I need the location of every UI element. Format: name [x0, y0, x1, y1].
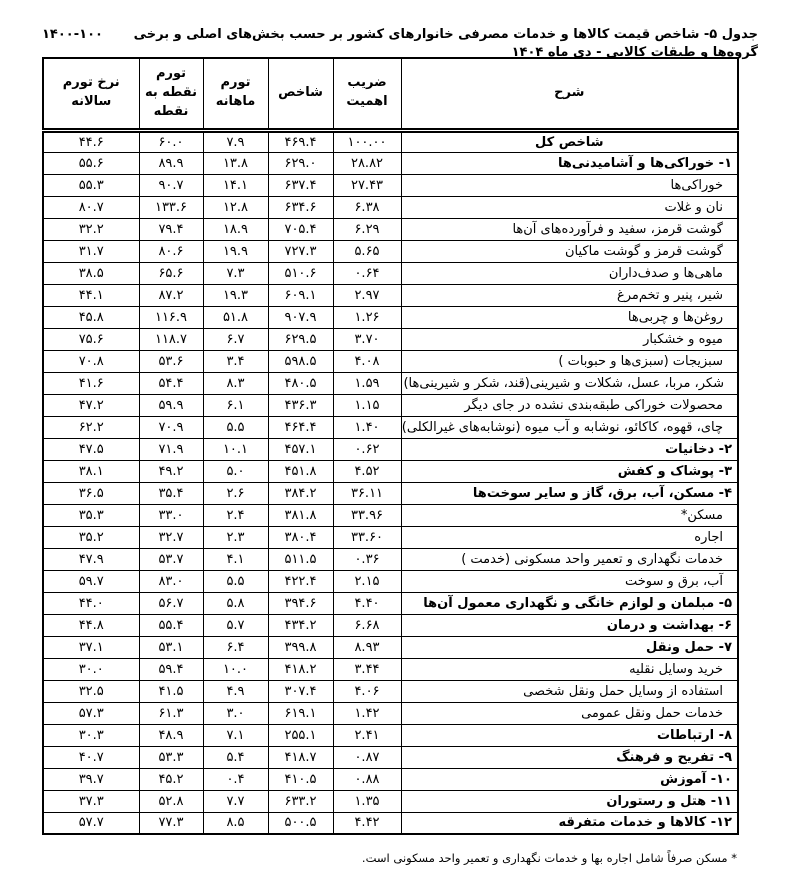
row-index-value: ۶۲۹.۰ — [268, 152, 333, 174]
table-row: سبزیجات (سبزی‌ها و حبوبات )۴.۰۸۵۹۸.۵۳.۴۵… — [43, 350, 738, 372]
row-label: محصولات خوراکی طبقه‌بندی نشده در جای دیگ… — [401, 394, 738, 416]
row-monthly-inflation-value: ۳.۴ — [203, 350, 268, 372]
row-label: خوراکی‌ها — [401, 174, 738, 196]
row-point-to-point-value: ۱۱۶.۹ — [139, 306, 203, 328]
row-index-value: ۴۱۰.۵ — [268, 768, 333, 790]
row-annual-inflation-value: ۳۵.۳ — [43, 504, 139, 526]
row-monthly-inflation-value: ۷.۱ — [203, 724, 268, 746]
row-annual-inflation-value: ۳۶.۵ — [43, 482, 139, 504]
table-row: خوراکی‌ها۲۷.۴۳۶۳۷.۴۱۴.۱۹۰.۷۵۵.۳ — [43, 174, 738, 196]
row-point-to-point-value: ۵۹.۴ — [139, 658, 203, 680]
row-point-to-point-value: ۵۴.۴ — [139, 372, 203, 394]
row-point-to-point-value: ۳۲.۷ — [139, 526, 203, 548]
table-row: ۴- مسکن، آب، برق، گاز و سایر سوخت‌ها۳۶.۱… — [43, 482, 738, 504]
row-weight-value: ۳۳.۶۰ — [333, 526, 401, 548]
table-row: استفاده از وسایل حمل ونقل شخصی۴.۰۶۳۰۷.۴۴… — [43, 680, 738, 702]
row-index-value: ۷۲۷.۳ — [268, 240, 333, 262]
row-index-value: ۳۹۴.۶ — [268, 592, 333, 614]
row-label: ۸- ارتباطات — [401, 724, 738, 746]
row-index-value: ۳۸۱.۸ — [268, 504, 333, 526]
row-weight-value: ۰.۳۶ — [333, 548, 401, 570]
row-point-to-point-value: ۵۶.۷ — [139, 592, 203, 614]
row-label: ۹- تفریح و فرهنگ — [401, 746, 738, 768]
table-row: روغن‌ها و چربی‌ها۱.۲۶۹۰۷.۹۵۱.۸۱۱۶.۹۴۵.۸ — [43, 306, 738, 328]
row-weight-value: ۴.۴۲ — [333, 812, 401, 834]
row-annual-inflation-value: ۳۲.۲ — [43, 218, 139, 240]
row-weight-value: ۳۳.۹۶ — [333, 504, 401, 526]
row-weight-value: ۱.۱۵ — [333, 394, 401, 416]
table-title: جدول ۵- شاخص قیمت کالاها و خدمات مصرفی خ… — [118, 26, 758, 61]
row-label: ۷- حمل ونقل — [401, 636, 738, 658]
row-label: ۱۲- کالاها و خدمات متفرقه — [401, 812, 738, 834]
row-weight-value: ۴.۰۶ — [333, 680, 401, 702]
row-annual-inflation-value: ۵۵.۳ — [43, 174, 139, 196]
row-annual-inflation-value: ۴۴.۸ — [43, 614, 139, 636]
row-label: استفاده از وسایل حمل ونقل شخصی — [401, 680, 738, 702]
row-annual-inflation-value: ۵۹.۷ — [43, 570, 139, 592]
row-point-to-point-value: ۷۷.۳ — [139, 812, 203, 834]
row-point-to-point-value: ۴۱.۵ — [139, 680, 203, 702]
row-monthly-inflation-value: ۵.۵ — [203, 570, 268, 592]
row-point-to-point-value: ۵۳.۷ — [139, 548, 203, 570]
title-bar: جدول ۵- شاخص قیمت کالاها و خدمات مصرفی خ… — [42, 26, 758, 61]
row-monthly-inflation-value: ۲.۶ — [203, 482, 268, 504]
row-label: ۵- مبلمان و لوازم خانگی و نگهداری معمول … — [401, 592, 738, 614]
row-label: سبزیجات (سبزی‌ها و حبوبات ) — [401, 350, 738, 372]
row-point-to-point-value: ۳۵.۴ — [139, 482, 203, 504]
row-monthly-inflation-value: ۱۹.۳ — [203, 284, 268, 306]
row-weight-value: ۱.۲۶ — [333, 306, 401, 328]
row-point-to-point-value: ۱۱۸.۷ — [139, 328, 203, 350]
row-point-to-point-value: ۸۰.۶ — [139, 240, 203, 262]
row-monthly-inflation-value: ۱۳.۸ — [203, 152, 268, 174]
row-label: خدمات نگهداری و تعمیر واحد مسکونی (خدمت … — [401, 548, 738, 570]
row-label: شاخص کل — [401, 130, 738, 152]
row-monthly-inflation-value: ۵.۸ — [203, 592, 268, 614]
row-point-to-point-value: ۵۳.۳ — [139, 746, 203, 768]
table-row: نان و غلات۶.۳۸۶۳۴.۶۱۲.۸۱۳۳.۶۸۰.۷ — [43, 196, 738, 218]
row-label: ۶- بهداشت و درمان — [401, 614, 738, 636]
table-row: شیر، پنیر و تخم‌مرغ۲.۹۷۶۰۹.۱۱۹.۳۸۷.۲۴۴.۱ — [43, 284, 738, 306]
row-index-value: ۶۳۳.۲ — [268, 790, 333, 812]
row-point-to-point-value: ۵۳.۱ — [139, 636, 203, 658]
table-row: ۶- بهداشت و درمان۶.۶۸۴۳۴.۲۵.۷۵۵.۴۴۴.۸ — [43, 614, 738, 636]
row-weight-value: ۲.۹۷ — [333, 284, 401, 306]
row-point-to-point-value: ۷۹.۴ — [139, 218, 203, 240]
row-label: شیر، پنیر و تخم‌مرغ — [401, 284, 738, 306]
row-annual-inflation-value: ۴۴.۶ — [43, 130, 139, 152]
table-row: خرید وسایل نقلیه۳.۴۴۴۱۸.۲۱۰.۰۵۹.۴۳۰.۰ — [43, 658, 738, 680]
table-row: ۷- حمل ونقل۸.۹۳۳۹۹.۸۶.۴۵۳.۱۳۷.۱ — [43, 636, 738, 658]
row-index-value: ۴۸۰.۵ — [268, 372, 333, 394]
table-row: ۹- تفریح و فرهنگ۰.۸۷۴۱۸.۷۵.۴۵۳.۳۴۰.۷ — [43, 746, 738, 768]
table-row: ماهی‌ها و صدف‌داران۰.۶۴۵۱۰.۶۷.۳۶۵.۶۳۸.۵ — [43, 262, 738, 284]
report-page: جدول ۵- شاخص قیمت کالاها و خدمات مصرفی خ… — [0, 0, 800, 889]
row-index-value: ۶۳۷.۴ — [268, 174, 333, 196]
row-annual-inflation-value: ۳۲.۵ — [43, 680, 139, 702]
row-monthly-inflation-value: ۵.۴ — [203, 746, 268, 768]
row-weight-value: ۰.۶۲ — [333, 438, 401, 460]
row-point-to-point-value: ۶۵.۶ — [139, 262, 203, 284]
row-monthly-inflation-value: ۶.۱ — [203, 394, 268, 416]
column-header-annual-inflation: نرخ تورم سالانه — [43, 58, 139, 130]
row-weight-value: ۴.۴۰ — [333, 592, 401, 614]
row-index-value: ۴۶۹.۴ — [268, 130, 333, 152]
row-point-to-point-value: ۸۷.۲ — [139, 284, 203, 306]
row-index-value: ۵۹۸.۵ — [268, 350, 333, 372]
row-annual-inflation-value: ۳۱.۷ — [43, 240, 139, 262]
table-row: ۱۲- کالاها و خدمات متفرقه۴.۴۲۵۰۰.۵۸.۵۷۷.… — [43, 812, 738, 834]
column-header-point-to-point-inflation: تورم نقطه به نقطه — [139, 58, 203, 130]
row-weight-value: ۱.۴۰ — [333, 416, 401, 438]
row-index-value: ۳۸۰.۴ — [268, 526, 333, 548]
row-monthly-inflation-value: ۸.۳ — [203, 372, 268, 394]
table-body: شاخص کل۱۰۰.۰۰۴۶۹.۴۷.۹۶۰.۰۴۴.۶۱- خوراکی‌ه… — [43, 130, 738, 834]
row-annual-inflation-value: ۵۷.۳ — [43, 702, 139, 724]
row-label: ۱۰- آموزش — [401, 768, 738, 790]
row-annual-inflation-value: ۴۷.۲ — [43, 394, 139, 416]
row-annual-inflation-value: ۳۸.۵ — [43, 262, 139, 284]
row-label: اجاره — [401, 526, 738, 548]
row-index-value: ۵۱۱.۵ — [268, 548, 333, 570]
table-row: ۱۱- هتل و رستوران۱.۳۵۶۳۳.۲۷.۷۵۲.۸۳۷.۳ — [43, 790, 738, 812]
row-point-to-point-value: ۷۰.۹ — [139, 416, 203, 438]
row-index-value: ۳۰۷.۴ — [268, 680, 333, 702]
row-index-value: ۴۳۴.۲ — [268, 614, 333, 636]
row-label: آب، برق و سوخت — [401, 570, 738, 592]
base-year-note: ۱۴۰۰-۱۰۰ — [42, 26, 103, 42]
row-annual-inflation-value: ۳۹.۷ — [43, 768, 139, 790]
row-weight-value: ۱.۵۹ — [333, 372, 401, 394]
table-row: ۵- مبلمان و لوازم خانگی و نگهداری معمول … — [43, 592, 738, 614]
table-header: شرح ضریب اهمیت شاخص تورم ماهانه تورم نقط… — [43, 58, 738, 130]
row-annual-inflation-value: ۸۰.۷ — [43, 196, 139, 218]
table-row: ۲- دخانیات۰.۶۲۴۵۷.۱۱۰.۱۷۱.۹۴۷.۵ — [43, 438, 738, 460]
row-weight-value: ۰.۶۴ — [333, 262, 401, 284]
row-index-value: ۶۳۴.۶ — [268, 196, 333, 218]
row-index-value: ۵۰۰.۵ — [268, 812, 333, 834]
row-point-to-point-value: ۱۳۳.۶ — [139, 196, 203, 218]
row-weight-value: ۲.۱۵ — [333, 570, 401, 592]
row-point-to-point-value: ۴۹.۲ — [139, 460, 203, 482]
row-index-value: ۴۳۶.۳ — [268, 394, 333, 416]
row-label: ۱- خوراکی‌ها و آشامیدنی‌ها — [401, 152, 738, 174]
row-monthly-inflation-value: ۱۹.۹ — [203, 240, 268, 262]
row-weight-value: ۲۷.۴۳ — [333, 174, 401, 196]
table-row: محصولات خوراکی طبقه‌بندی نشده در جای دیگ… — [43, 394, 738, 416]
row-annual-inflation-value: ۴۱.۶ — [43, 372, 139, 394]
row-monthly-inflation-value: ۰.۴ — [203, 768, 268, 790]
row-label: گوشت قرمز، سفید و فرآورده‌های آن‌ها — [401, 218, 738, 240]
table-row: ۱- خوراکی‌ها و آشامیدنی‌ها۲۸.۸۲۶۲۹.۰۱۳.۸… — [43, 152, 738, 174]
row-weight-value: ۰.۸۷ — [333, 746, 401, 768]
row-label: نان و غلات — [401, 196, 738, 218]
row-monthly-inflation-value: ۷.۳ — [203, 262, 268, 284]
row-label: ۳- پوشاک و کفش — [401, 460, 738, 482]
row-monthly-inflation-value: ۵.۰ — [203, 460, 268, 482]
row-point-to-point-value: ۴۵.۲ — [139, 768, 203, 790]
row-index-value: ۴۵۷.۱ — [268, 438, 333, 460]
table-row: شکر، مربا، عسل، شکلات و شیرینی(قند، شکر … — [43, 372, 738, 394]
row-index-value: ۲۵۵.۱ — [268, 724, 333, 746]
row-weight-value: ۳.۷۰ — [333, 328, 401, 350]
row-point-to-point-value: ۹۰.۷ — [139, 174, 203, 196]
row-annual-inflation-value: ۳۸.۱ — [43, 460, 139, 482]
row-monthly-inflation-value: ۱۸.۹ — [203, 218, 268, 240]
row-index-value: ۴۵۱.۸ — [268, 460, 333, 482]
row-index-value: ۶۰۹.۱ — [268, 284, 333, 306]
row-annual-inflation-value: ۳۷.۱ — [43, 636, 139, 658]
row-label: خدمات حمل ونقل عمومی — [401, 702, 738, 724]
row-annual-inflation-value: ۴۷.۹ — [43, 548, 139, 570]
row-point-to-point-value: ۸۹.۹ — [139, 152, 203, 174]
row-annual-inflation-value: ۴۴.۱ — [43, 284, 139, 306]
row-label: مسکن* — [401, 504, 738, 526]
row-monthly-inflation-value: ۶.۴ — [203, 636, 268, 658]
row-index-value: ۷۰۵.۴ — [268, 218, 333, 240]
row-annual-inflation-value: ۷۵.۶ — [43, 328, 139, 350]
row-monthly-inflation-value: ۵.۷ — [203, 614, 268, 636]
column-header-description: شرح — [401, 58, 738, 130]
row-annual-inflation-value: ۴۰.۷ — [43, 746, 139, 768]
row-annual-inflation-value: ۵۵.۶ — [43, 152, 139, 174]
row-index-value: ۹۰۷.۹ — [268, 306, 333, 328]
row-label: روغن‌ها و چربی‌ها — [401, 306, 738, 328]
row-label: میوه و خشکبار — [401, 328, 738, 350]
table-row: خدمات حمل ونقل عمومی۱.۴۲۶۱۹.۱۳.۰۶۱.۳۵۷.۳ — [43, 702, 738, 724]
row-label: ۴- مسکن، آب، برق، گاز و سایر سوخت‌ها — [401, 482, 738, 504]
row-label: چای، قهوه، کاکائو، نوشابه و آب میوه (نوش… — [401, 416, 738, 438]
row-label: ۲- دخانیات — [401, 438, 738, 460]
row-monthly-inflation-value: ۸.۵ — [203, 812, 268, 834]
row-weight-value: ۸.۹۳ — [333, 636, 401, 658]
row-point-to-point-value: ۷۱.۹ — [139, 438, 203, 460]
row-index-value: ۵۱۰.۶ — [268, 262, 333, 284]
row-point-to-point-value: ۶۱.۳ — [139, 702, 203, 724]
row-point-to-point-value: ۳۳.۰ — [139, 504, 203, 526]
row-weight-value: ۵.۶۵ — [333, 240, 401, 262]
row-monthly-inflation-value: ۵۱.۸ — [203, 306, 268, 328]
row-weight-value: ۱.۴۲ — [333, 702, 401, 724]
row-label: خرید وسایل نقلیه — [401, 658, 738, 680]
row-weight-value: ۳۶.۱۱ — [333, 482, 401, 504]
row-monthly-inflation-value: ۱۲.۸ — [203, 196, 268, 218]
table-row: آب، برق و سوخت۲.۱۵۴۲۲.۴۵.۵۸۳.۰۵۹.۷ — [43, 570, 738, 592]
row-weight-value: ۱۰۰.۰۰ — [333, 130, 401, 152]
table-row: ۱۰- آموزش۰.۸۸۴۱۰.۵۰.۴۴۵.۲۳۹.۷ — [43, 768, 738, 790]
row-monthly-inflation-value: ۱۴.۱ — [203, 174, 268, 196]
table-row: گوشت قرمز و گوشت ماکیان۵.۶۵۷۲۷.۳۱۹.۹۸۰.۶… — [43, 240, 738, 262]
row-index-value: ۶۱۹.۱ — [268, 702, 333, 724]
row-index-value: ۳۹۹.۸ — [268, 636, 333, 658]
row-annual-inflation-value: ۵۷.۷ — [43, 812, 139, 834]
row-point-to-point-value: ۸۳.۰ — [139, 570, 203, 592]
row-weight-value: ۲.۴۱ — [333, 724, 401, 746]
table-row: ۳- پوشاک و کفش۴.۵۲۴۵۱.۸۵.۰۴۹.۲۳۸.۱ — [43, 460, 738, 482]
row-monthly-inflation-value: ۲.۴ — [203, 504, 268, 526]
row-index-value: ۴۱۸.۷ — [268, 746, 333, 768]
price-index-table: شرح ضریب اهمیت شاخص تورم ماهانه تورم نقط… — [42, 57, 739, 835]
row-point-to-point-value: ۵۲.۸ — [139, 790, 203, 812]
row-weight-value: ۶.۲۹ — [333, 218, 401, 240]
table-row: گوشت قرمز، سفید و فرآورده‌های آن‌ها۶.۲۹۷… — [43, 218, 738, 240]
row-index-value: ۶۲۹.۵ — [268, 328, 333, 350]
row-monthly-inflation-value: ۱۰.۰ — [203, 658, 268, 680]
table-row: مسکن*۳۳.۹۶۳۸۱.۸۲.۴۳۳.۰۳۵.۳ — [43, 504, 738, 526]
row-index-value: ۴۱۸.۲ — [268, 658, 333, 680]
row-annual-inflation-value: ۳۰.۰ — [43, 658, 139, 680]
row-weight-value: ۲۸.۸۲ — [333, 152, 401, 174]
row-index-value: ۳۸۴.۲ — [268, 482, 333, 504]
row-weight-value: ۶.۶۸ — [333, 614, 401, 636]
row-monthly-inflation-value: ۶.۷ — [203, 328, 268, 350]
row-monthly-inflation-value: ۷.۷ — [203, 790, 268, 812]
row-label: ۱۱- هتل و رستوران — [401, 790, 738, 812]
row-monthly-inflation-value: ۲.۳ — [203, 526, 268, 548]
row-annual-inflation-value: ۶۲.۲ — [43, 416, 139, 438]
row-weight-value: ۴.۵۲ — [333, 460, 401, 482]
row-monthly-inflation-value: ۴.۹ — [203, 680, 268, 702]
housing-footnote: * مسکن صرفاً شامل اجاره بها و خدمات نگهد… — [362, 851, 737, 865]
table-row: خدمات نگهداری و تعمیر واحد مسکونی (خدمت … — [43, 548, 738, 570]
row-monthly-inflation-value: ۵.۵ — [203, 416, 268, 438]
table-row: اجاره۳۳.۶۰۳۸۰.۴۲.۳۳۲.۷۳۵.۲ — [43, 526, 738, 548]
row-point-to-point-value: ۵۹.۹ — [139, 394, 203, 416]
row-label: گوشت قرمز و گوشت ماکیان — [401, 240, 738, 262]
row-annual-inflation-value: ۳۰.۳ — [43, 724, 139, 746]
row-annual-inflation-value: ۳۵.۲ — [43, 526, 139, 548]
column-header-index: شاخص — [268, 58, 333, 130]
row-label: شکر، مربا، عسل، شکلات و شیرینی(قند، شکر … — [401, 372, 738, 394]
row-weight-value: ۳.۴۴ — [333, 658, 401, 680]
table-row: چای، قهوه، کاکائو، نوشابه و آب میوه (نوش… — [43, 416, 738, 438]
table-row: شاخص کل۱۰۰.۰۰۴۶۹.۴۷.۹۶۰.۰۴۴.۶ — [43, 130, 738, 152]
column-header-weight: ضریب اهمیت — [333, 58, 401, 130]
row-monthly-inflation-value: ۷.۹ — [203, 130, 268, 152]
row-point-to-point-value: ۵۵.۴ — [139, 614, 203, 636]
row-annual-inflation-value: ۳۷.۳ — [43, 790, 139, 812]
row-annual-inflation-value: ۴۷.۵ — [43, 438, 139, 460]
row-weight-value: ۶.۳۸ — [333, 196, 401, 218]
row-annual-inflation-value: ۴۴.۰ — [43, 592, 139, 614]
row-monthly-inflation-value: ۳.۰ — [203, 702, 268, 724]
row-point-to-point-value: ۶۰.۰ — [139, 130, 203, 152]
table-row: میوه و خشکبار۳.۷۰۶۲۹.۵۶.۷۱۱۸.۷۷۵.۶ — [43, 328, 738, 350]
row-annual-inflation-value: ۷۰.۸ — [43, 350, 139, 372]
row-weight-value: ۰.۸۸ — [333, 768, 401, 790]
row-weight-value: ۴.۰۸ — [333, 350, 401, 372]
row-point-to-point-value: ۵۳.۶ — [139, 350, 203, 372]
row-monthly-inflation-value: ۱۰.۱ — [203, 438, 268, 460]
row-annual-inflation-value: ۴۵.۸ — [43, 306, 139, 328]
row-weight-value: ۱.۳۵ — [333, 790, 401, 812]
row-point-to-point-value: ۴۸.۹ — [139, 724, 203, 746]
row-index-value: ۴۲۲.۴ — [268, 570, 333, 592]
table-row: ۸- ارتباطات۲.۴۱۲۵۵.۱۷.۱۴۸.۹۳۰.۳ — [43, 724, 738, 746]
row-monthly-inflation-value: ۴.۱ — [203, 548, 268, 570]
row-label: ماهی‌ها و صدف‌داران — [401, 262, 738, 284]
column-header-monthly-inflation: تورم ماهانه — [203, 58, 268, 130]
row-index-value: ۴۶۴.۴ — [268, 416, 333, 438]
